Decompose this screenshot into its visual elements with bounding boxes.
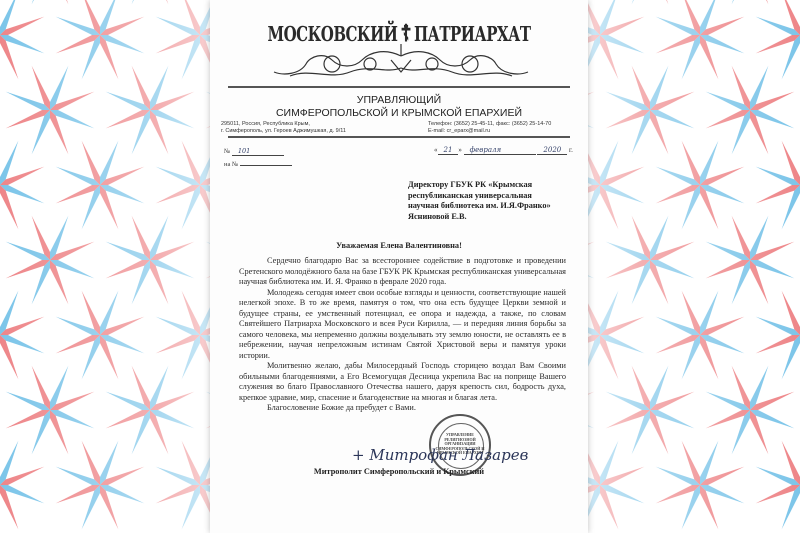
org-title-line2: СИМФЕРОПОЛЬСКОЙ И КРЫМСКОЙ ЕПАРХИЕЙ [210,107,588,119]
date-month: февраля [464,146,536,155]
address-line: г. Симферополь, ул. Героев Аджимушкая, д… [221,128,346,135]
org-address: 295011, Россия, Республика Крым, г. Симф… [221,121,346,135]
reply-value [240,165,292,166]
paragraph: Сердечно благодарю Вас за всестороннее с… [239,256,566,288]
pattern-fade-right [570,0,800,533]
paragraph: Молитвенно желаю, дабы Милосердный Госпо… [239,361,566,403]
addressee-line: республиканская универсальная [408,191,588,202]
phone-line: Телефон: (3652) 25-45-11, факс: (3652) 2… [428,121,551,128]
email-line: E-mail: cr_eparx@mail.ru [428,128,551,135]
header-divider [228,86,570,88]
addressee-line: Директору ГБУК РК «Крымская [408,180,588,191]
pattern-fade-left [0,0,230,533]
org-contacts: Телефон: (3652) 25-45-11, факс: (3652) 2… [428,121,551,135]
signer-title: Митрополит Симферопольский и Крымский [210,467,588,476]
letter-document: МОСКОВСКИЙ☦ПАТРИАРХАТ УПРАВЛЯЮЩИЙ СИМФЕР… [210,0,588,533]
org-title-line1: УПРАВЛЯЮЩИЙ [210,94,588,106]
outgoing-number: № 101 [224,147,284,156]
reply-label: на № [224,161,238,168]
paragraph: Молодежь сегодня имеет свои особые взгля… [239,288,566,362]
reply-number: на № [224,161,292,168]
letter-date: «21» февраля 2020 г. [434,146,573,155]
floral-ornament-icon [270,42,532,82]
contacts-divider [228,136,570,138]
number-value: 101 [232,147,284,156]
address-line: 295011, Россия, Республика Крым, [221,121,346,128]
date-day: 21 [438,146,459,155]
letter-body: Сердечно благодарю Вас за всестороннее с… [239,256,566,414]
number-label: № [224,148,230,155]
addressee-block: Директору ГБУК РК «Крымская республиканс… [408,180,588,222]
handwritten-signature: + Митрофан Лазарев [352,446,528,464]
addressee-line: Ясниновой Е.В. [408,212,588,223]
paragraph: Благословение Божие да пребудет с Вами. [239,403,566,414]
date-suffix: г. [569,146,573,154]
addressee-line: научная библиотека им. И.Я.Франко» [408,201,588,212]
date-year: 2020 [537,146,567,155]
greeting: Уважаемая Елена Валентиновна! [210,241,588,250]
